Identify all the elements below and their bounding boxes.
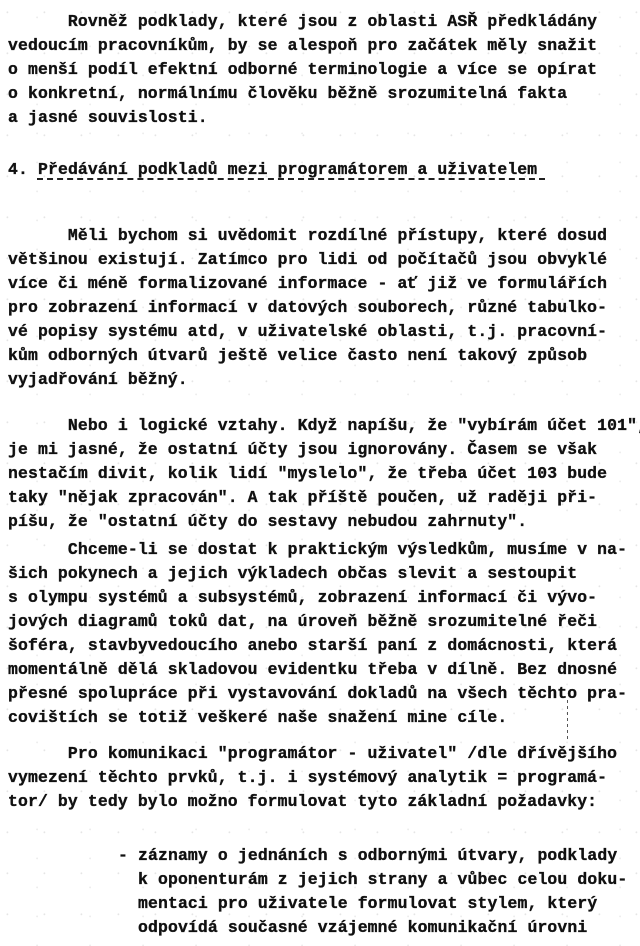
text-line: pro zobrazení informací v datových soubo… <box>8 298 607 318</box>
text-line: tor/ by tedy bylo možno formulovat tyto … <box>8 792 597 812</box>
text-line: a jasné souvislosti. <box>8 108 208 128</box>
text-line: Nebo i logické vztahy. Když napíšu, že "… <box>8 416 640 436</box>
text-line: o menší podíl efektní odborné terminolog… <box>8 60 597 80</box>
text-line: s olympu systémů a subsystémů, zobrazení… <box>8 588 597 608</box>
text-line: většinou existují. Zatímco pro lidi od p… <box>8 250 607 270</box>
text-line: vyjadřování běžný. <box>8 370 188 390</box>
heading-underline <box>37 178 545 180</box>
text-line: Pro komunikaci "programátor - uživatel" … <box>8 744 617 764</box>
text-line: vedoucím pracovníkům, by se alespoň pro … <box>8 36 597 56</box>
section-title: Předávání podkladů mezi programátorem a … <box>38 160 537 179</box>
text-line: šich pokynech a jejich výkladech občas s… <box>8 564 577 584</box>
text-line: jových diagramů toků dat, na úroveň běžn… <box>8 612 597 632</box>
list-bullet: - <box>118 846 128 866</box>
text-line: záznamy o jednáních s odbornými útvary, … <box>138 846 617 866</box>
text-line: přesné spolupráce při vystavování doklad… <box>8 684 627 704</box>
text-line: k oponenturám z jejich strany a vůbec ce… <box>138 870 627 890</box>
text-line: více či méně formalizované informace - a… <box>8 274 607 294</box>
section-heading: 4. Předávání podkladů mezi programátorem… <box>8 160 537 180</box>
text-line: Měli bychom si uvědomit rozdílné přístup… <box>8 226 607 246</box>
stray-pen-mark <box>567 700 568 740</box>
text-line: mentaci pro uživatele formulovat stylem,… <box>138 894 597 914</box>
text-line: o konkretní, normálnímu člověku běžně sr… <box>8 84 567 104</box>
text-line: covištích se totiž veškeré naše snažení … <box>8 708 507 728</box>
text-line: je mi jasné, že ostatní účty jsou ignoro… <box>8 440 597 460</box>
text-line: vé popisy systému atd, v uživatelské obl… <box>8 322 607 342</box>
text-line: píšu, že "ostatní účty do sestavy nebudo… <box>8 512 527 532</box>
text-line: šoféra, stavbyvedoucího anebo starší pan… <box>8 636 617 656</box>
text-line: odpovídá současné vzájemné komunikační ú… <box>138 918 587 938</box>
text-line: taky "nějak zpracován". A tak příště pou… <box>8 488 597 508</box>
section-number: 4. <box>8 160 28 179</box>
text-line: Chceme-li se dostat k praktickým výsledk… <box>8 540 627 560</box>
text-line: kům odborných útvarů ještě velice často … <box>8 346 587 366</box>
text-line: vymezení těchto prvků, t.j. i systémový … <box>8 768 607 788</box>
text-line: nestačím divit, kolik lidí "myslelo", že… <box>8 464 607 484</box>
typewritten-page: Rovněž podklady, které jsou z oblasti AS… <box>0 0 640 946</box>
text-line: Rovněž podklady, které jsou z oblasti AS… <box>8 12 597 32</box>
text-line: momentálně dělá skladovou evidentku třeb… <box>8 660 617 680</box>
